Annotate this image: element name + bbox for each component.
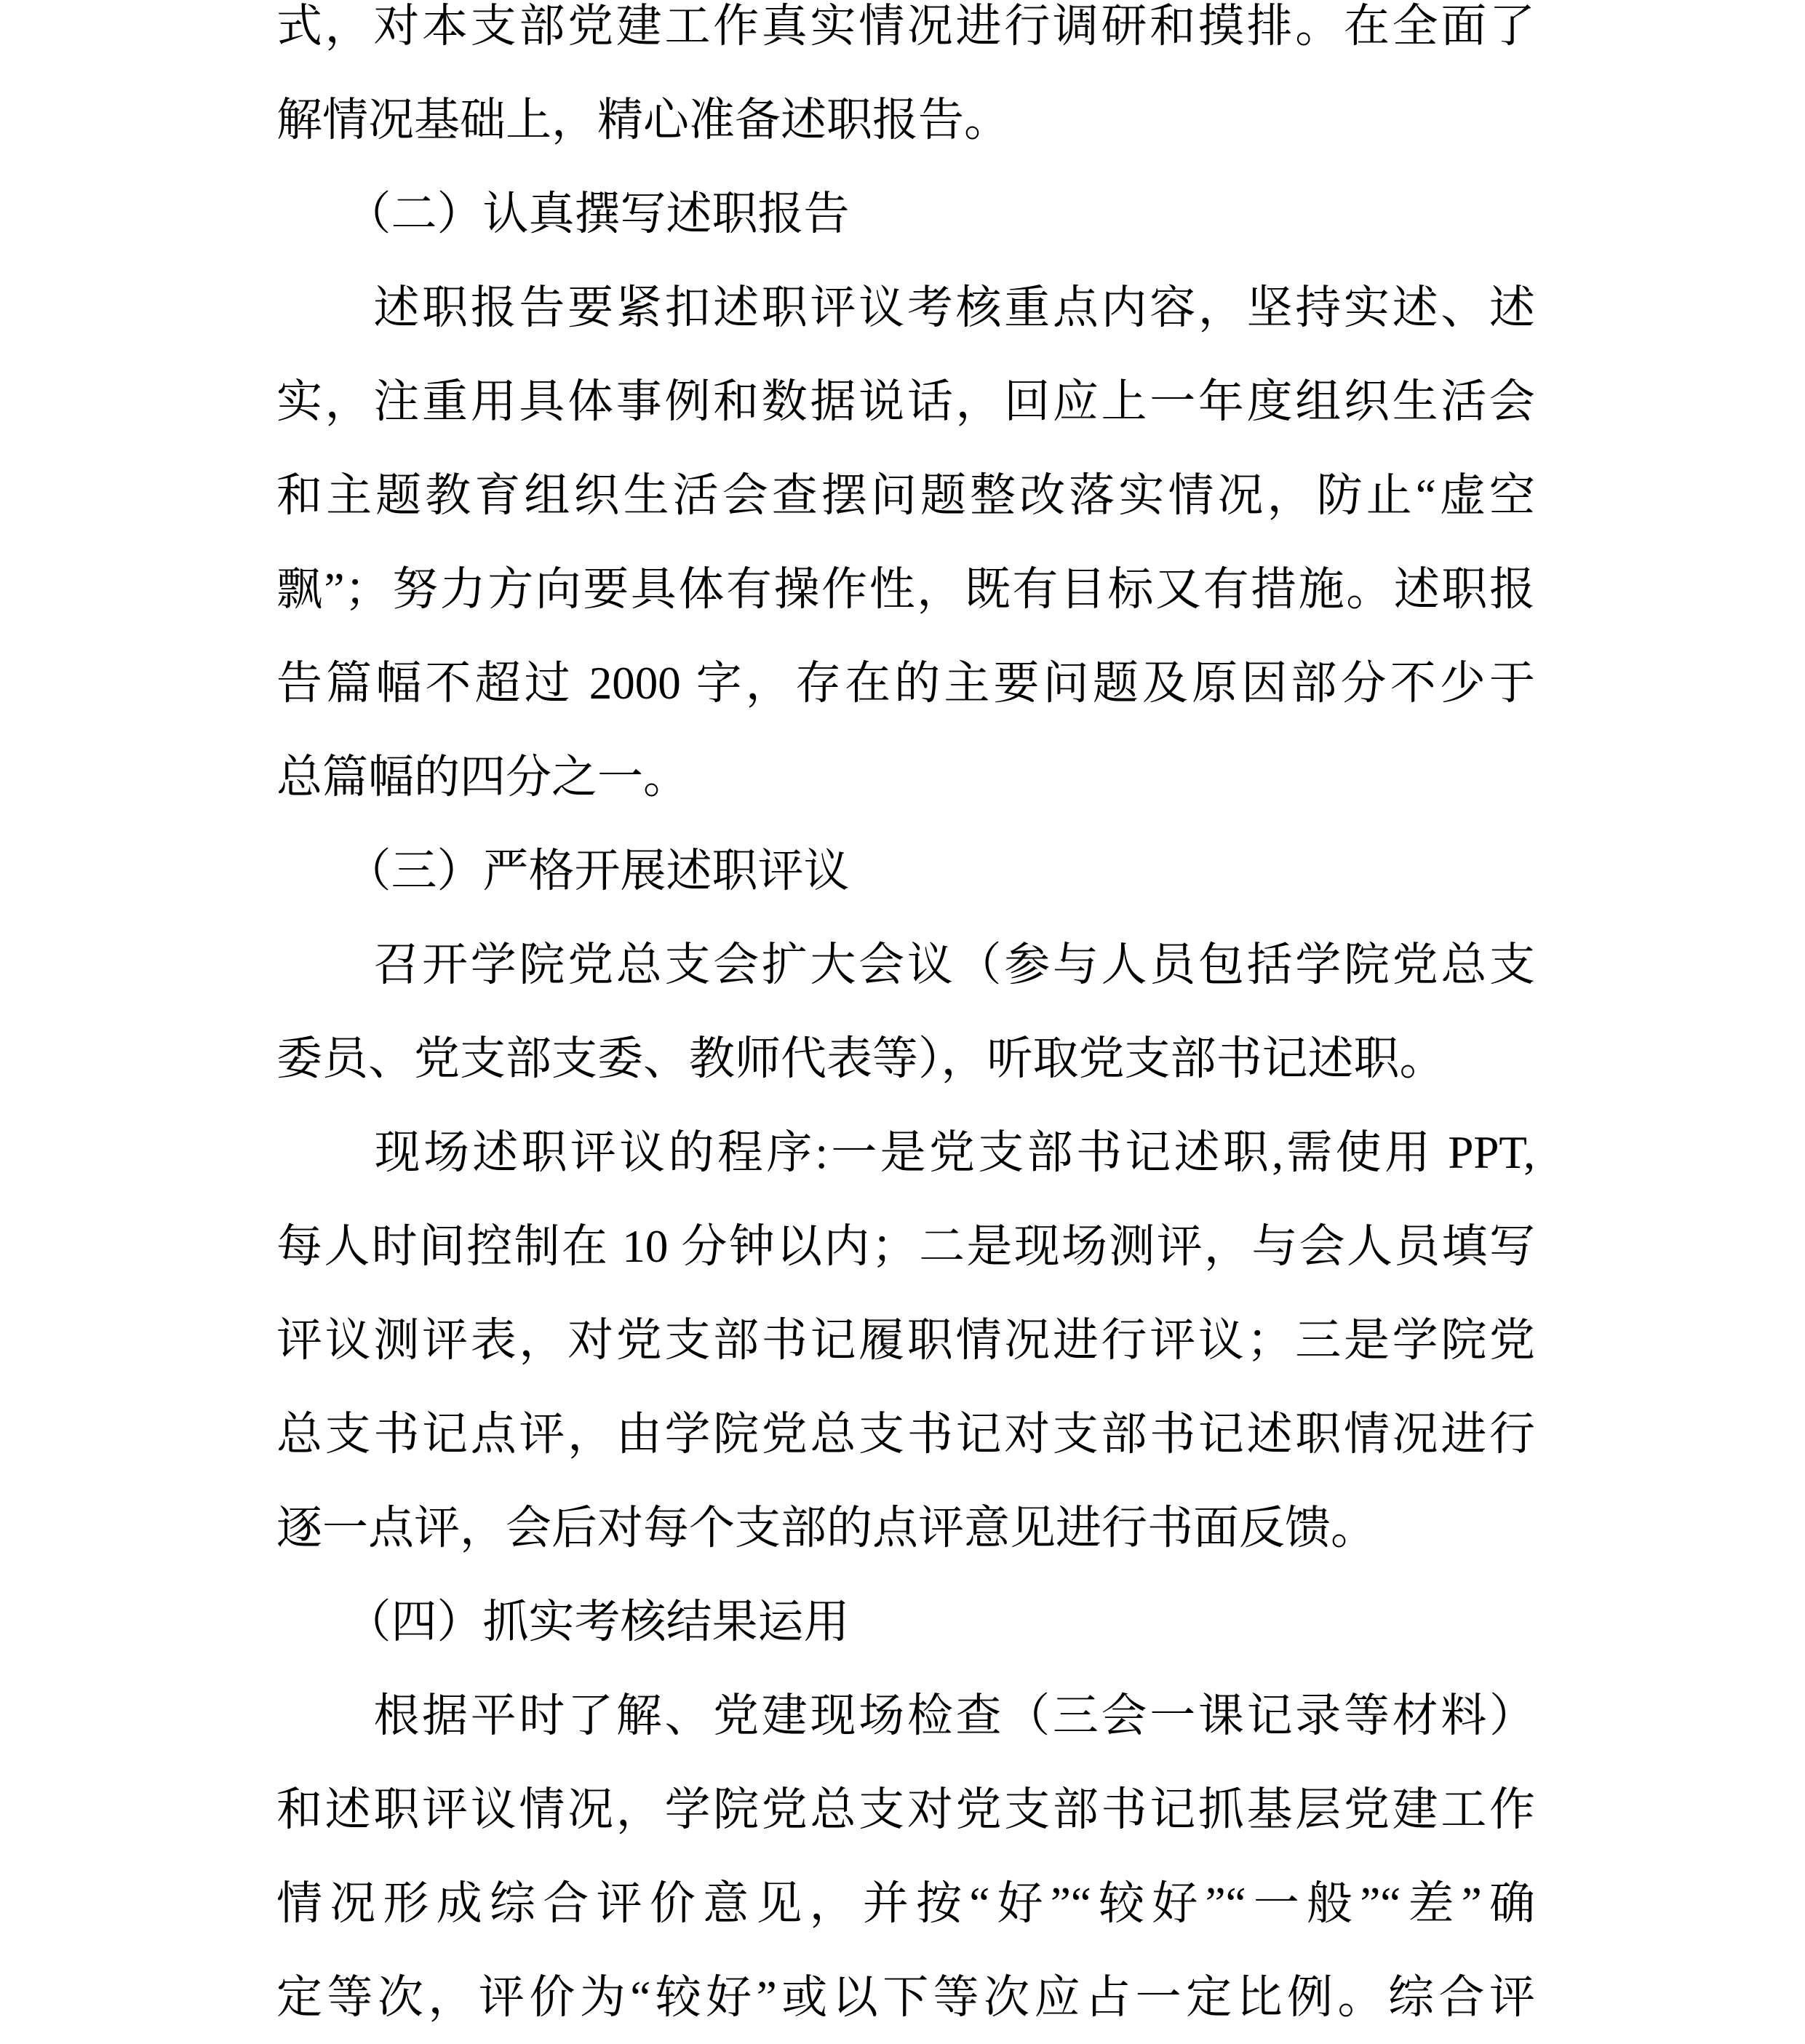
text-line-heading: （二）认真撰写述职报告	[276, 167, 1535, 261]
document-text-block: 式，对本支部党建工作真实情况进行调研和摸排。在全面了 解情况基础上，精心准备述职…	[276, 0, 1535, 2044]
text-line: 述职报告要紧扣述职评议考核重点内容，坚持实述、述	[276, 261, 1535, 355]
text-line: 式，对本支部党建工作真实情况进行调研和摸排。在全面了	[276, 0, 1535, 73]
text-line: 情况形成综合评价意见，并按“好”“较好”“一般”“差”确	[276, 1857, 1535, 1951]
text-line: 根据平时了解、党建现场检查（三会一课记录等材料）	[276, 1669, 1535, 1763]
text-line: 解情况基础上，精心准备述职报告。	[276, 73, 1535, 167]
text-line: 实，注重用具体事例和数据说话，回应上一年度组织生活会	[276, 355, 1535, 449]
text-line: 定等次，评价为“较好”或以下等次应占一定比例。综合评	[276, 1951, 1535, 2044]
document-page: 式，对本支部党建工作真实情况进行调研和摸排。在全面了 解情况基础上，精心准备述职…	[0, 0, 1805, 2044]
text-line: 和述职评议情况，学院党总支对党支部书记抓基层党建工作	[276, 1763, 1535, 1857]
text-line: 评议测评表，对党支部书记履职情况进行评议；三是学院党	[276, 1294, 1535, 1388]
text-line: 和主题教育组织生活会查摆问题整改落实情况，防止“虚空	[276, 449, 1535, 543]
text-line-heading: （三）严格开展述职评议	[276, 824, 1535, 918]
text-line: 总篇幅的四分之一。	[276, 731, 1535, 824]
text-line: 召开学院党总支会扩大会议（参与人员包括学院党总支	[276, 918, 1535, 1012]
text-line: 现场述职评议的程序:一是党支部书记述职,需使用 PPT,	[276, 1106, 1535, 1200]
text-line-heading: （四）抓实考核结果运用	[276, 1575, 1535, 1669]
text-line: 飘”；努力方向要具体有操作性，既有目标又有措施。述职报	[276, 543, 1535, 637]
text-line: 每人时间控制在 10 分钟以内；二是现场测评，与会人员填写	[276, 1200, 1535, 1294]
text-line: 总支书记点评，由学院党总支书记对支部书记述职情况进行	[276, 1388, 1535, 1482]
text-line: 逐一点评，会后对每个支部的点评意见进行书面反馈。	[276, 1482, 1535, 1575]
text-line: 委员、党支部支委、教师代表等），听取党支部书记述职。	[276, 1012, 1535, 1106]
text-line: 告篇幅不超过 2000 字，存在的主要问题及原因部分不少于	[276, 637, 1535, 731]
